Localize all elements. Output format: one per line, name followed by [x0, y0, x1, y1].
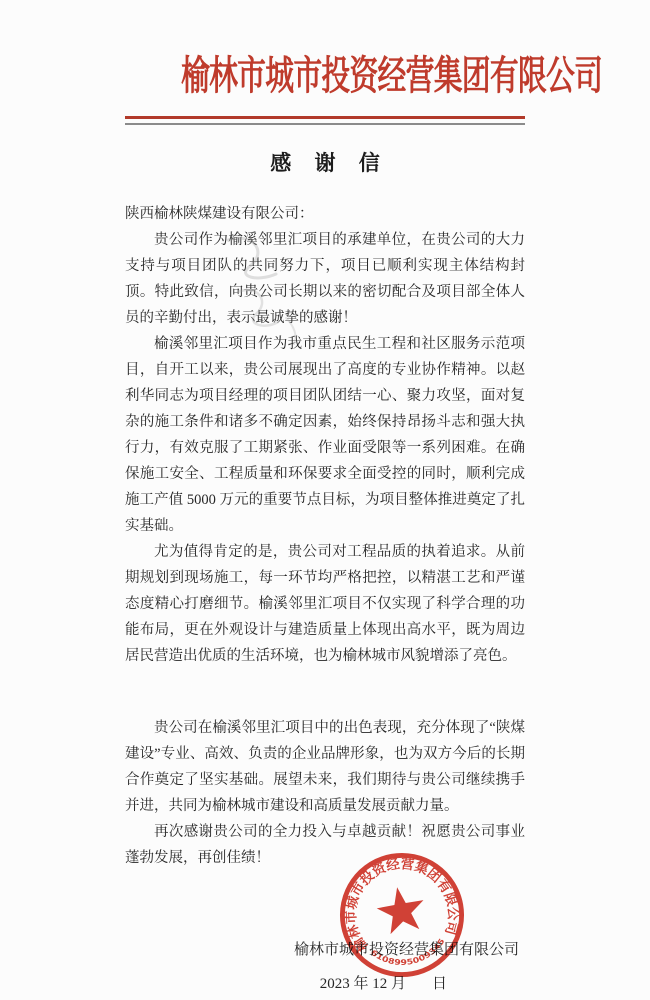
body-paragraph-5: 再次感谢贵公司的全力投入与卓越贡献！祝愿贵公司事业蓬勃发展，再创佳绩！: [125, 819, 525, 871]
salutation: 陕西榆林陕煤建设有限公司：: [125, 201, 525, 227]
letterhead-company-name: 榆林市城市投资经营集团有限公司: [181, 0, 469, 100]
date-line: 2023 年 12 月日: [125, 969, 525, 999]
body-paragraph-2: 榆溪邻里汇项目作为我市重点民生工程和社区服务示范项目，自开工以来，贵公司展现出了…: [125, 331, 525, 539]
letter-title: 感 谢 信: [125, 147, 525, 177]
closing-block: 榆林市城市投资经营集团有限公司 2023 年 12 月日: [125, 935, 525, 999]
letter-document: 榆林市城市投资经营集团有限公司 感 谢 信 陕西榆林陕煤建设有限公司： 贵公司作…: [125, 0, 525, 999]
body-paragraph-4: 贵公司在榆溪邻里汇项目中的出色表现，充分体现了“陕煤建设”专业、高效、负责的企业…: [125, 715, 525, 819]
body-paragraph-3: 尤为值得肯定的是，贵公司对工程品质的执着追求。从前期规划到现场施工，每一环节均严…: [125, 539, 525, 669]
signature-company-name: 榆林市城市投资经营集团有限公司: [125, 935, 525, 965]
letterhead-rule: [125, 116, 525, 125]
letterhead-rule-gray: [125, 123, 525, 125]
date-day-suffix: 日: [432, 976, 447, 992]
scanned-letter-page: 榆林市城市投资经营集团有限公司 感 谢 信 陕西榆林陕煤建设有限公司： 贵公司作…: [0, 0, 650, 1000]
body-paragraph-1: 贵公司作为榆溪邻里汇项目的承建单位，在贵公司的大力支持与项目团队的共同努力下，项…: [125, 227, 525, 331]
date-year-month: 2023 年 12 月: [320, 976, 406, 992]
